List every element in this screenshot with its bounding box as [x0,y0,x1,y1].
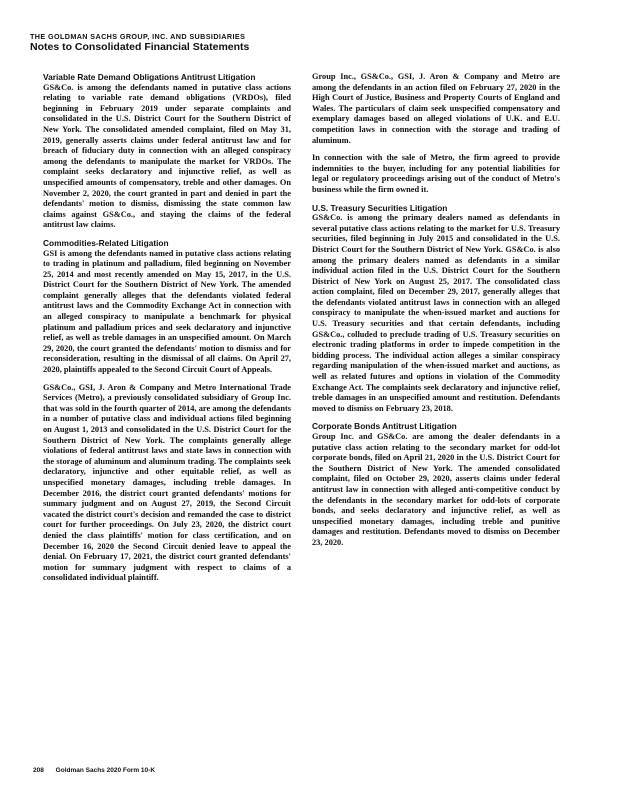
right-column: Group Inc., GS&Co., GSI, J. Aron & Compa… [312,72,560,556]
section-heading: U.S. Treasury Securities Litigation [312,203,560,214]
section-treasury: U.S. Treasury Securities Litigation GS&C… [312,203,560,415]
page-footer: 208 Goldman Sachs 2020 Form 10-K [33,767,155,774]
section-corporate-bonds: Corporate Bonds Antitrust Litigation Gro… [312,421,560,548]
page-header: The Goldman Sachs Group, Inc. and Subsid… [30,32,590,54]
paragraph: In connection with the sale of Metro, th… [312,153,560,195]
section-heading: Corporate Bonds Antitrust Litigation [312,421,560,432]
paragraph: Group Inc. and GS&Co. are among the deal… [312,432,560,549]
publication-name: Goldman Sachs 2020 Form 10-K [56,767,155,774]
company-name: The Goldman Sachs Group, Inc. and Subsid… [30,32,590,41]
section-aluminum-continued: Group Inc., GS&Co., GSI, J. Aron & Compa… [312,72,560,196]
page-title: Notes to Consolidated Financial Statemen… [30,41,590,54]
page-number: 208 [33,767,44,774]
paragraph: Group Inc., GS&Co., GSI, J. Aron & Compa… [312,72,560,146]
section-commodities: Commodities-Related Litigation GSI is am… [43,238,291,584]
left-column: Variable Rate Demand Obligations Antitru… [43,72,291,591]
paragraph: GSI is among the defendants named in put… [43,249,291,376]
paragraph: GS&Co. is among the defendants named in … [43,83,291,231]
section-vrdo: Variable Rate Demand Obligations Antitru… [43,72,291,231]
paragraph: GS&Co. is among the primary dealers name… [312,213,560,414]
paragraph: GS&Co., GSI, J. Aron & Company and Metro… [43,383,291,584]
section-heading: Variable Rate Demand Obligations Antitru… [43,72,291,83]
section-heading: Commodities-Related Litigation [43,238,291,249]
